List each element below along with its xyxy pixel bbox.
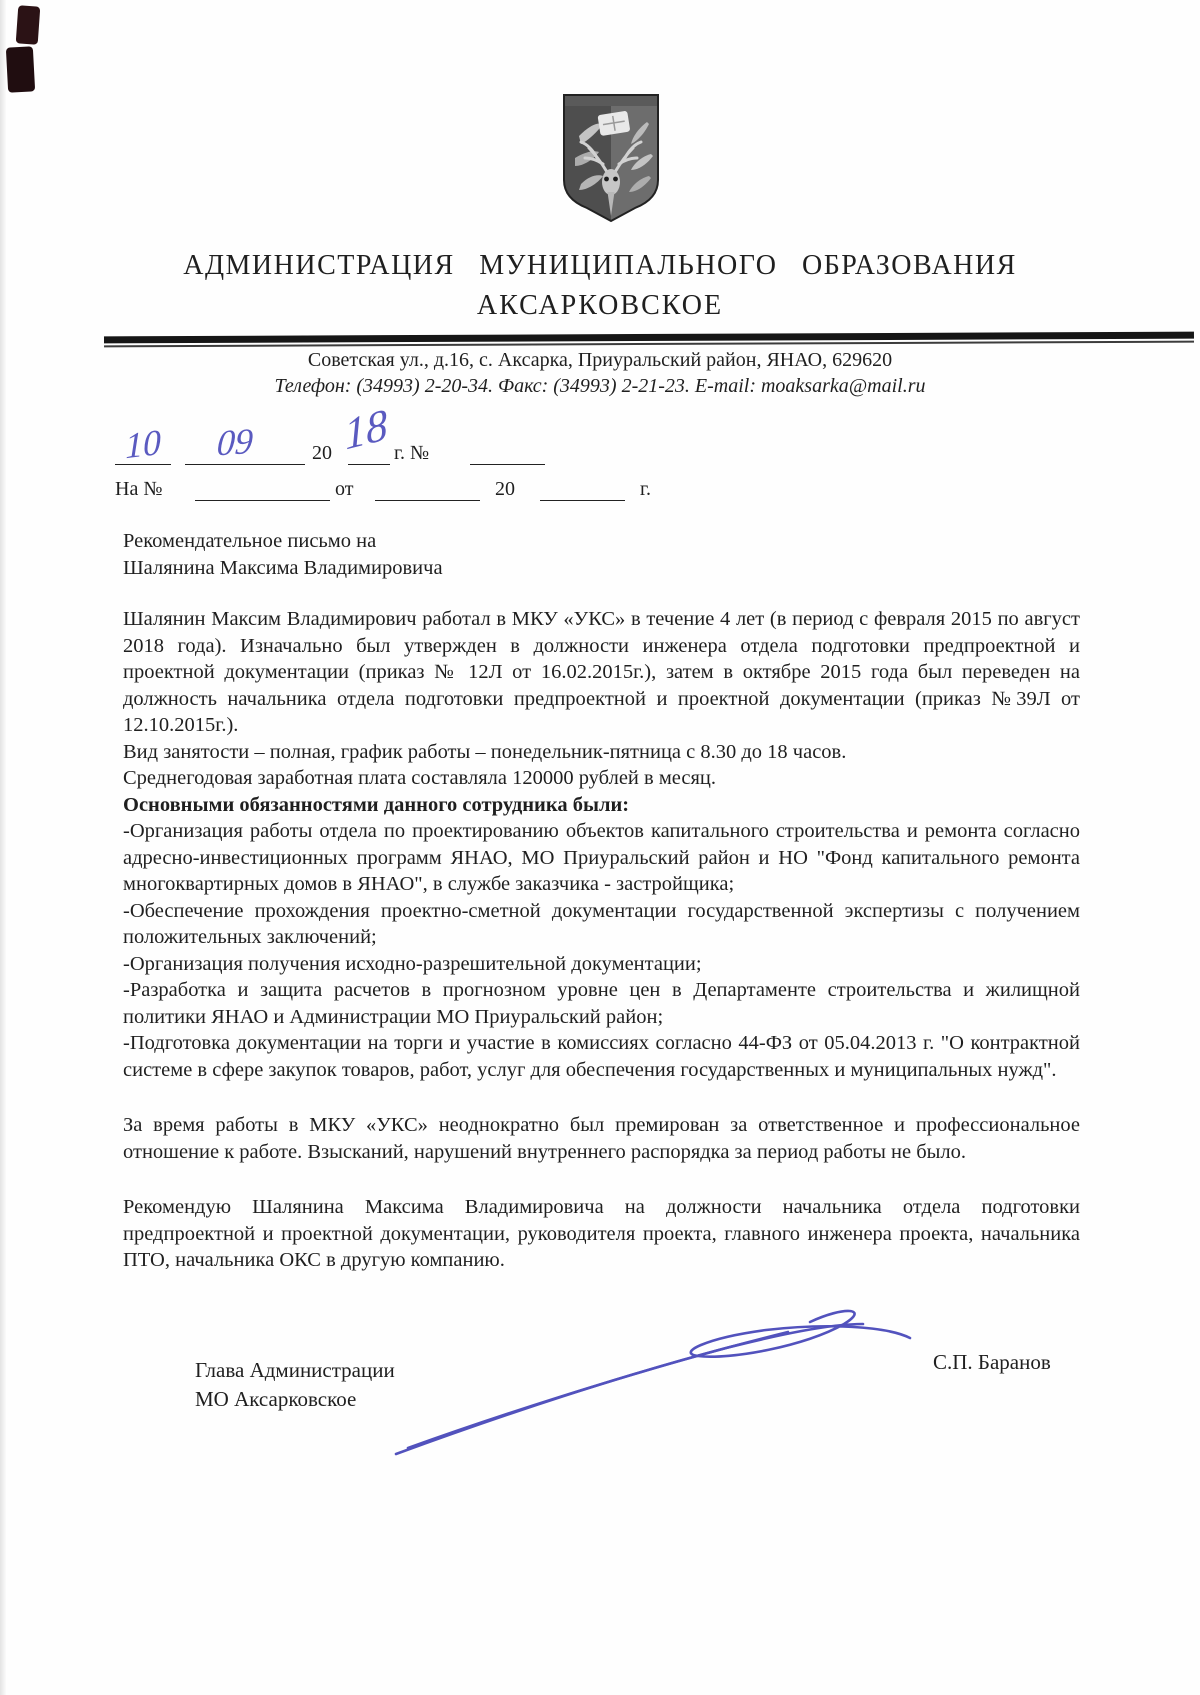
org-contacts: Телефон: (34993) 2-20-34. Факс: (34993) … — [0, 375, 1200, 398]
handwritten-month: 09 — [216, 423, 254, 462]
signer-name: С.П. Баранов — [933, 1350, 1051, 1375]
reply-date-blank — [375, 478, 480, 501]
org-name-line1: АДМИНИСТРАЦИЯ МУНИЦИПАЛЬНОГО ОБРАЗОВАНИЯ — [0, 246, 1200, 286]
reply-year-blank — [540, 478, 625, 501]
date-century: 20 — [312, 442, 332, 466]
letter-body: Шалянин Максим Владимирович работал в МК… — [123, 606, 1080, 1274]
handwritten-signature — [358, 1296, 933, 1476]
doc-number-blank — [470, 442, 545, 465]
duty-item: -Подготовка документации на торги и учас… — [123, 1030, 1080, 1083]
body-paragraph: Рекомендую Шалянина Максима Владимирович… — [123, 1194, 1080, 1274]
subject-block: Рекомендательное письмо на Шалянина Макс… — [123, 528, 1023, 582]
org-name-line2: АКСАРКОВСКОЕ — [0, 286, 1200, 326]
subject-line2: Шалянина Максима Владимировича — [123, 555, 1023, 582]
duty-item: -Организация работы отдела по проектиров… — [123, 818, 1080, 898]
scan-artifact — [16, 5, 41, 44]
reply-from-label: от — [335, 478, 353, 502]
reply-century: 20 — [495, 478, 515, 502]
reply-to-line: На № от 20 г. — [113, 478, 673, 502]
date-line: 20 г. № 10 09 18 — [113, 442, 673, 466]
letterhead-rule — [104, 332, 1194, 348]
date-suffix: г. № — [394, 442, 429, 466]
body-paragraph: Шалянин Максим Владимирович работал в МК… — [123, 606, 1080, 739]
subject-line1: Рекомендательное письмо на — [123, 528, 1023, 555]
body-paragraph: Среднегодовая заработная плата составлял… — [123, 765, 1080, 792]
duty-item: -Организация получения исходно-разрешите… — [123, 951, 1080, 978]
reference-block: 20 г. № 10 09 18 На № от 20 г. — [113, 418, 673, 518]
duty-item: -Обеспечение прохождения проектно-сметно… — [123, 898, 1080, 951]
letter-page: АДМИНИСТРАЦИЯ МУНИЦИПАЛЬНОГО ОБРАЗОВАНИЯ… — [0, 0, 1200, 1695]
duty-item: -Разработка и защита расчетов в прогнозн… — [123, 977, 1080, 1030]
duties-heading: Основными обязанностями данного сотрудни… — [123, 792, 1080, 819]
handwritten-year: 18 — [343, 406, 388, 453]
scan-artifact — [6, 46, 35, 92]
handwritten-day: 10 — [125, 424, 161, 465]
reply-number-blank — [195, 478, 330, 501]
reply-prefix: На № — [115, 478, 162, 502]
org-address: Советская ул., д.16, с. Аксарка, Приурал… — [0, 349, 1200, 372]
letterhead: АДМИНИСТРАЦИЯ МУНИЦИПАЛЬНОГО ОБРАЗОВАНИЯ… — [0, 246, 1200, 326]
body-paragraph: За время работы в МКУ «УКС» неоднократно… — [123, 1112, 1080, 1165]
body-paragraph: Вид занятости – полная, график работы – … — [123, 739, 1080, 766]
coat-of-arms-icon — [559, 92, 663, 224]
reply-suffix: г. — [640, 478, 651, 502]
